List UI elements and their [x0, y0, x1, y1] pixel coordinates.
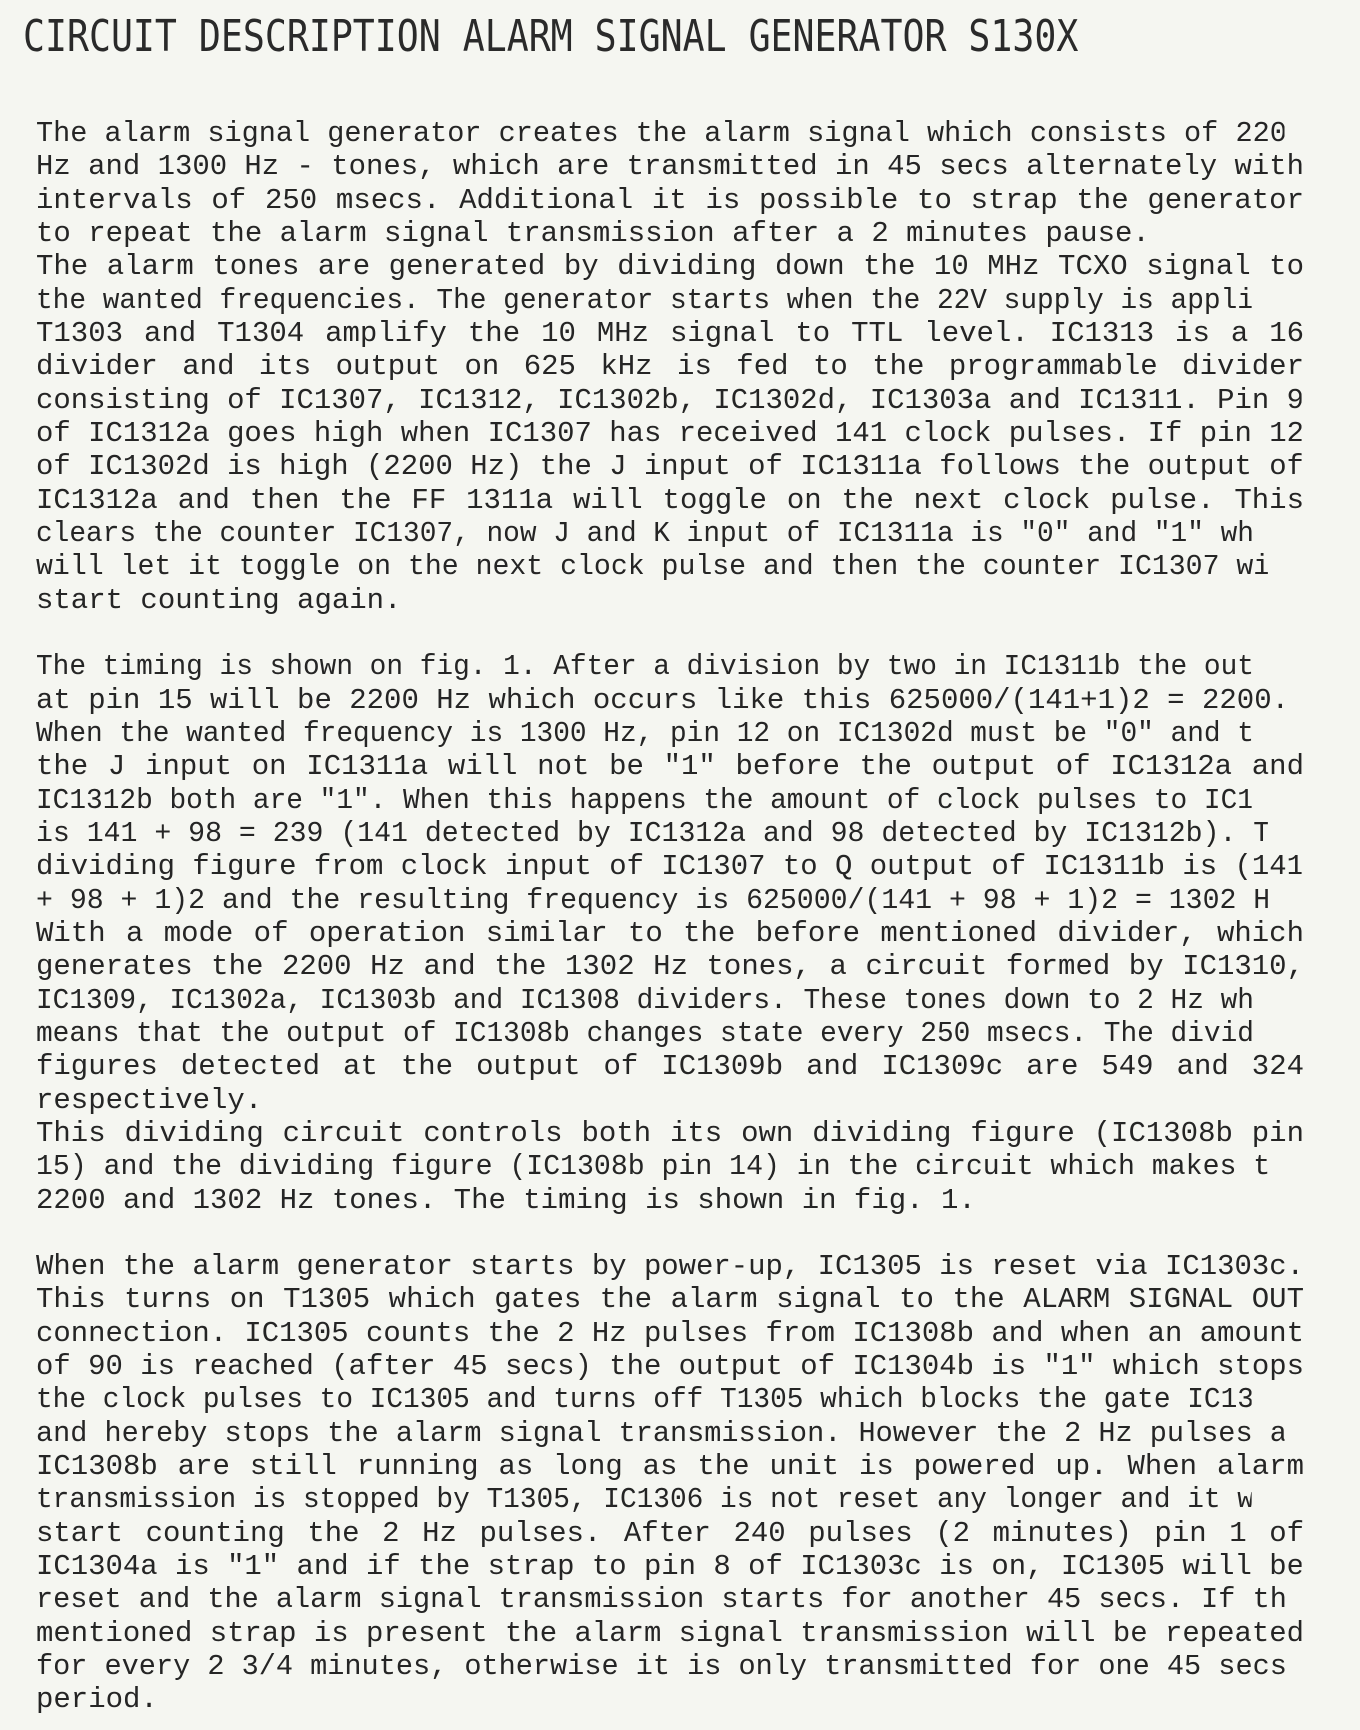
- text-line: When the alarm generator starts by power…: [36, 1250, 1302, 1283]
- text-line: clears the counter IC1307, now J and K i…: [36, 517, 1252, 550]
- text-line: the J input on IC1311a will not be "1" b…: [36, 750, 1304, 783]
- text-line: of 90 is reached (after 45 secs) the out…: [36, 1350, 1302, 1383]
- paragraph-1: The alarm signal generator creates the a…: [36, 117, 1304, 617]
- text-line: consisting of IC1307, IC1312, IC1302b, I…: [36, 384, 1302, 417]
- document-body: The alarm signal generator creates the a…: [36, 117, 1304, 1717]
- paragraph-3: When the alarm generator starts by power…: [36, 1250, 1304, 1717]
- text-line: the clock pulses to IC1305 and turns off…: [36, 1383, 1252, 1416]
- text-line: of IC1312a goes high when IC1307 has rec…: [36, 417, 1302, 450]
- text-line: With a mode of operation similar to the …: [36, 917, 1304, 950]
- text-line: respectively.: [36, 1084, 1304, 1117]
- text-line: Hz and 1300 Hz - tones, which are transm…: [36, 150, 1302, 183]
- paragraph-2: The timing is shown on fig. 1. After a d…: [36, 650, 1304, 1217]
- text-line: IC1309, IC1302a, IC1303b and IC1308 divi…: [36, 984, 1252, 1017]
- text-line: The alarm tones are generated by dividin…: [36, 250, 1304, 283]
- text-line: IC1304a is "1" and if the strap to pin 8…: [36, 1550, 1302, 1583]
- text-line: for every 2 3/4 minutes, otherwise it is…: [36, 1650, 1284, 1683]
- text-line: divider and its output on 625 kHz is fed…: [36, 350, 1304, 383]
- text-line: and hereby stops the alarm signal transm…: [36, 1417, 1284, 1450]
- text-line: The alarm signal generator creates the a…: [36, 117, 1284, 150]
- text-line: figures detected at the output of IC1309…: [36, 1050, 1304, 1083]
- paragraph-spacer: [36, 1217, 1304, 1250]
- text-line: of IC1302d is high (2200 Hz) the J input…: [36, 450, 1302, 483]
- text-line: dividing figure from clock input of IC13…: [36, 850, 1302, 883]
- text-line: intervals of 250 msecs. Additional it is…: [36, 184, 1304, 217]
- text-line: When the wanted frequency is 1300 Hz, pi…: [36, 717, 1252, 750]
- text-line: transmission is stopped by T1305, IC1306…: [36, 1483, 1252, 1516]
- text-line: connection. IC1305 counts the 2 Hz pulse…: [36, 1317, 1302, 1350]
- text-line: The timing is shown on fig. 1. After a d…: [36, 650, 1252, 683]
- text-line: period.: [36, 1683, 1304, 1716]
- text-line: 2200 and 1302 Hz tones. The timing is sh…: [36, 1184, 1304, 1217]
- text-line: IC1308b are still running as long as the…: [36, 1450, 1304, 1483]
- text-line: the wanted frequencies. The generator st…: [36, 284, 1252, 317]
- text-line: start counting again.: [36, 584, 1304, 617]
- text-line: will let it toggle on the next clock pul…: [36, 550, 1268, 583]
- text-line: mentioned strap is present the alarm sig…: [36, 1617, 1302, 1650]
- text-line: at pin 15 will be 2200 Hz which occurs l…: [36, 684, 1304, 717]
- text-line: is 141 + 98 = 239 (141 detected by IC131…: [36, 817, 1268, 850]
- text-line: + 98 + 1)2 and the resulting frequency i…: [36, 884, 1268, 917]
- text-line: to repeat the alarm signal transmission …: [36, 217, 1304, 250]
- text-line: IC1312b both are "1". When this happens …: [36, 784, 1252, 817]
- text-line: This turns on T1305 which gates the alar…: [36, 1283, 1304, 1316]
- text-line: reset and the alarm signal transmission …: [36, 1583, 1284, 1616]
- text-line: means that the output of IC1308b changes…: [36, 1017, 1252, 1050]
- document-title: CIRCUIT DESCRIPTION ALARM SIGNAL GENERAT…: [23, 12, 1078, 62]
- text-line: T1303 and T1304 amplify the 10 MHz signa…: [36, 317, 1304, 350]
- text-line: IC1312a and then the FF 1311a will toggl…: [36, 484, 1304, 517]
- paragraph-spacer: [36, 617, 1304, 650]
- text-line: This dividing circuit controls both its …: [36, 1117, 1304, 1150]
- text-line: start counting the 2 Hz pulses. After 24…: [36, 1517, 1304, 1550]
- text-line: generates the 2200 Hz and the 1302 Hz to…: [36, 950, 1304, 983]
- text-line: 15) and the dividing figure (IC1308b pin…: [36, 1150, 1268, 1183]
